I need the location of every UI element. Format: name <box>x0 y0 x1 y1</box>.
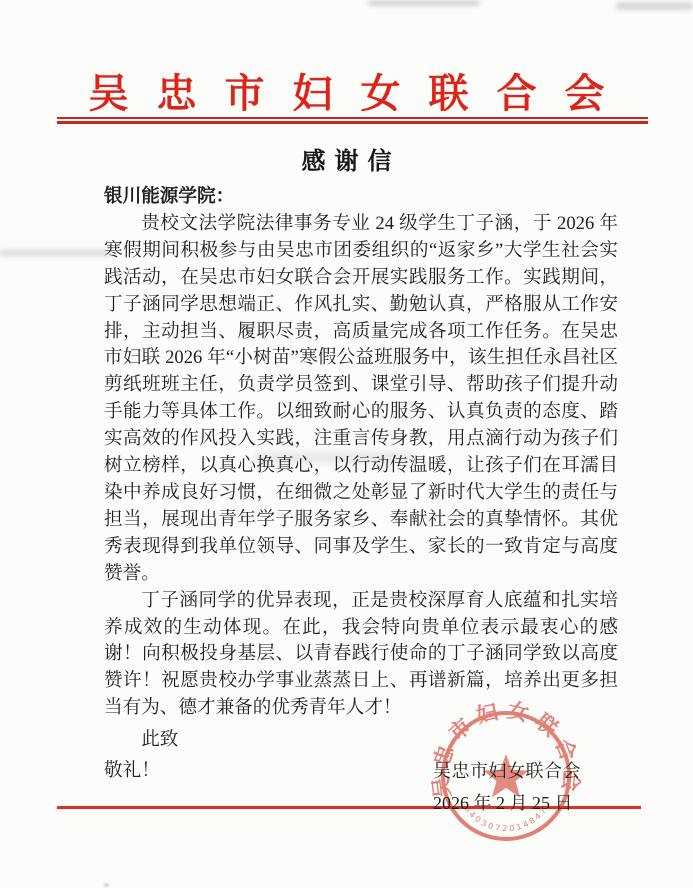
letterhead-org-name: 吴忠市妇女联合会 <box>0 62 693 119</box>
letterhead-rule-thin <box>57 117 648 119</box>
letter-date: 2026 年 2 月 25 日 <box>433 789 573 815</box>
letterhead-rule-thick <box>57 121 648 124</box>
scan-artifact <box>104 884 109 886</box>
letter-body: 银川能源学院： 贵校文法学院法律事务专业 24 级学生丁子涵，于 2026 年寒… <box>104 184 618 785</box>
scanned-letter-page: 吴忠市妇女联合会 感谢信 银川能源学院： 贵校文法学院法律事务专业 24 级学生… <box>0 0 693 888</box>
scan-artifact <box>616 2 693 10</box>
signature-org-name: 吴忠市妇女联合会 <box>433 757 581 783</box>
letter-title: 感谢信 <box>0 141 693 176</box>
body-paragraph-1: 贵校文法学院法律事务专业 24 级学生丁子涵，于 2026 年寒假期间积极参与由… <box>104 211 618 588</box>
scan-artifact <box>368 0 480 6</box>
scan-artifact <box>0 249 112 257</box>
addressee-line: 银川能源学院： <box>104 184 618 211</box>
